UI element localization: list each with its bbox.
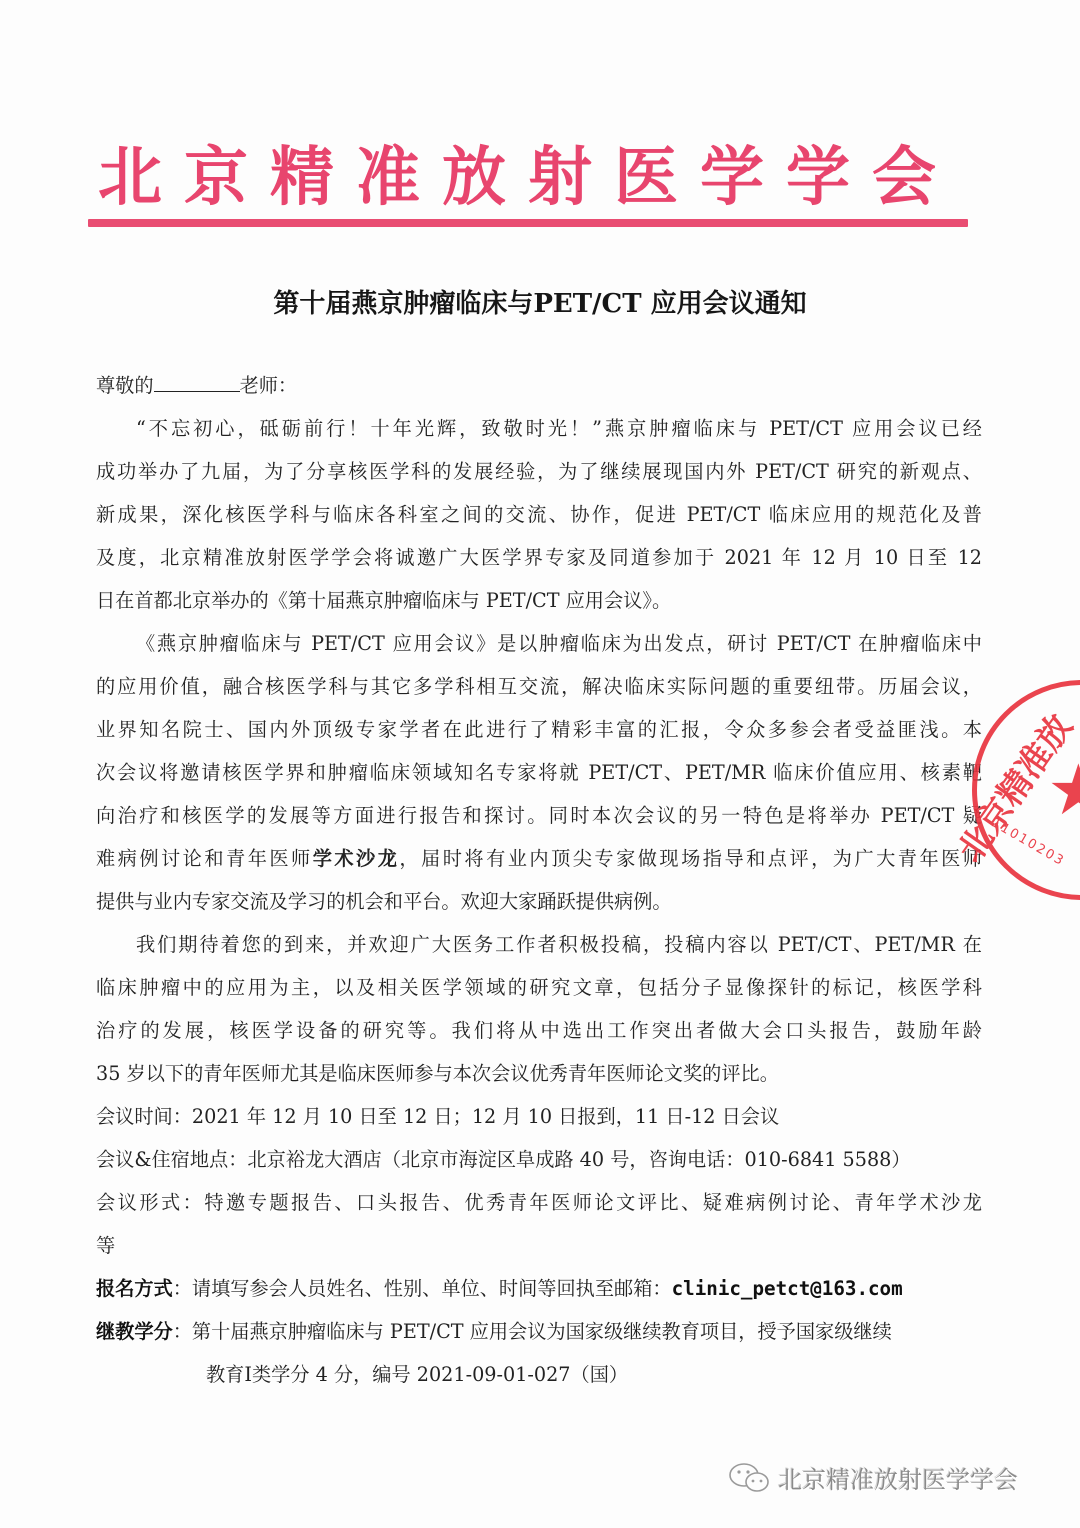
document-page: 北京精准放射医学学会 第十届燕京肿瘤临床与PET/CT 应用会议通知 尊敬的老师…: [0, 0, 1080, 1528]
paragraph-line: 成功举办了九届，为了分享核医学科的发展经验，为了继续展现国内外 PET/CT 研…: [96, 450, 982, 493]
text-segment: 难病例讨论和青年医师: [96, 847, 313, 870]
paragraph-line: 的应用价值，融合核医学科与其它多学科相互交流，解决临床实际问题的重要纽带。历届会…: [96, 665, 982, 708]
text-segment: ，届时将有业内顶尖专家做现场指导和点评，为广大青年医师: [399, 847, 982, 870]
meeting-format: 会议形式：特邀专题报告、口头报告、优秀青年医师论文评比、疑难病例讨论、青年学术沙…: [96, 1181, 982, 1224]
document-title: 第十届燕京肿瘤临床与PET/CT 应用会议通知: [0, 282, 1080, 326]
registration-email-link[interactable]: clinic_petct@163.com: [672, 1277, 903, 1300]
cme-credits: 继教学分：第十届燕京肿瘤临床与 PET/CT 应用会议为国家级继续教育项目，授予…: [96, 1310, 982, 1396]
paragraph-line: 治疗的发展，核医学设备的研究等。我们将从中选出工作突出者做大会口头报告，鼓励年龄: [96, 1009, 982, 1052]
paragraph-line: 提供与业内专家交流及学习的机会和平台。欢迎大家踊跃提供病例。: [96, 880, 982, 923]
meeting-info: 会议时间：2021 年 12 月 10 日至 12 日；12 月 10 日报到，…: [96, 1095, 982, 1267]
salutation: 尊敬的老师：: [96, 364, 982, 407]
wechat-icon: [728, 1461, 772, 1495]
paragraph-call-for-papers: 我们期待着您的到来，并欢迎广大医务工作者积极投稿，投稿内容以 PET/CT、PE…: [96, 923, 982, 1095]
meeting-format-cont: 等: [96, 1224, 982, 1267]
meeting-time: 会议时间：2021 年 12 月 10 日至 12 日；12 月 10 日报到，…: [96, 1095, 982, 1138]
highlight-academic-salon: 学术沙龙: [313, 847, 400, 870]
official-seal-stamp: 北京精准放 ★ 11010203: [972, 680, 1080, 900]
watermark-account-name: 北京精准放射医学学会: [778, 1460, 1018, 1495]
registration-method: 报名方式：请填写参会人员姓名、性别、单位、时间等回执至邮箱：clinic_pet…: [96, 1267, 982, 1310]
cme-text: ：第十届燕京肿瘤临床与 PET/CT 应用会议为国家级继续教育项目，授予国家级继…: [173, 1320, 892, 1343]
cme-line-cont: 教育Ⅰ类学分 4 分，编号 2021-09-01-027（国）: [96, 1353, 982, 1396]
star-icon: ★: [1047, 755, 1080, 825]
paragraph-intro: “不忘初心，砥砺前行！十年光辉，致敬时光！”燕京肿瘤临床与 PET/CT 应用会…: [96, 407, 982, 622]
document-body: 尊敬的老师： “不忘初心，砥砺前行！十年光辉，致敬时光！”燕京肿瘤临床与 PET…: [96, 364, 982, 1396]
letterhead-divider: [88, 219, 968, 227]
paragraph-line-with-bold: 难病例讨论和青年医师学术沙龙，届时将有业内顶尖专家做现场指导和点评，为广大青年医…: [96, 837, 982, 880]
paragraph-line: 业界知名院士、国内外顶级专家学者在此进行了精彩丰富的汇报，令众多参会者受益匪浅。…: [96, 708, 982, 751]
name-blank-field: [154, 371, 240, 392]
cme-line: 继教学分：第十届燕京肿瘤临床与 PET/CT 应用会议为国家级继续教育项目，授予…: [96, 1310, 982, 1353]
paragraph-line: “不忘初心，砥砺前行！十年光辉，致敬时光！”燕京肿瘤临床与 PET/CT 应用会…: [96, 407, 982, 450]
paragraph-line: 新成果，深化核医学科与临床各科室之间的交流、协作，促进 PET/CT 临床应用的…: [96, 493, 982, 536]
registration-label: 报名方式: [96, 1277, 173, 1300]
meeting-venue: 会议&住宿地点：北京裕龙大酒店（北京市海淀区阜成路 40 号，咨询电话：010-…: [96, 1138, 982, 1181]
paragraph-line: 日在首都北京举办的《第十届燕京肿瘤临床与 PET/CT 应用会议》。: [96, 579, 982, 622]
paragraph-line: 及度，北京精准放射医学学会将诚邀广大医学界专家及同道参加于 2021 年 12 …: [96, 536, 982, 579]
organization-letterhead: 北京精准放射医学学会: [88, 138, 968, 218]
salutation-prefix: 尊敬的: [96, 374, 154, 397]
salutation-suffix: 老师：: [240, 374, 298, 397]
wechat-watermark: 北京精准放射医学学会: [728, 1460, 1018, 1495]
paragraph-line: 临床肿瘤中的应用为主，以及相关医学领域的研究文章，包括分子显像探针的标记，核医学…: [96, 966, 982, 1009]
cme-label: 继教学分: [96, 1320, 173, 1343]
paragraph-line: 35 岁以下的青年医师尤其是临床医师参与本次会议优秀青年医师论文奖的评比。: [96, 1052, 982, 1095]
paragraph-about: 《燕京肿瘤临床与 PET/CT 应用会议》是以肿瘤临床为出发点，研讨 PET/C…: [96, 622, 982, 923]
paragraph-line: 《燕京肿瘤临床与 PET/CT 应用会议》是以肿瘤临床为出发点，研讨 PET/C…: [96, 622, 982, 665]
registration-text: ：请填写参会人员姓名、性别、单位、时间等回执至邮箱：: [173, 1277, 672, 1300]
paragraph-line: 向治疗和核医学的发展等方面进行报告和探讨。同时本次会议的另一特色是将举办 PET…: [96, 794, 982, 837]
paragraph-line: 次会议将邀请核医学界和肿瘤临床领域知名专家将就 PET/CT、PET/MR 临床…: [96, 751, 982, 794]
paragraph-line: 我们期待着您的到来，并欢迎广大医务工作者积极投稿，投稿内容以 PET/CT、PE…: [96, 923, 982, 966]
